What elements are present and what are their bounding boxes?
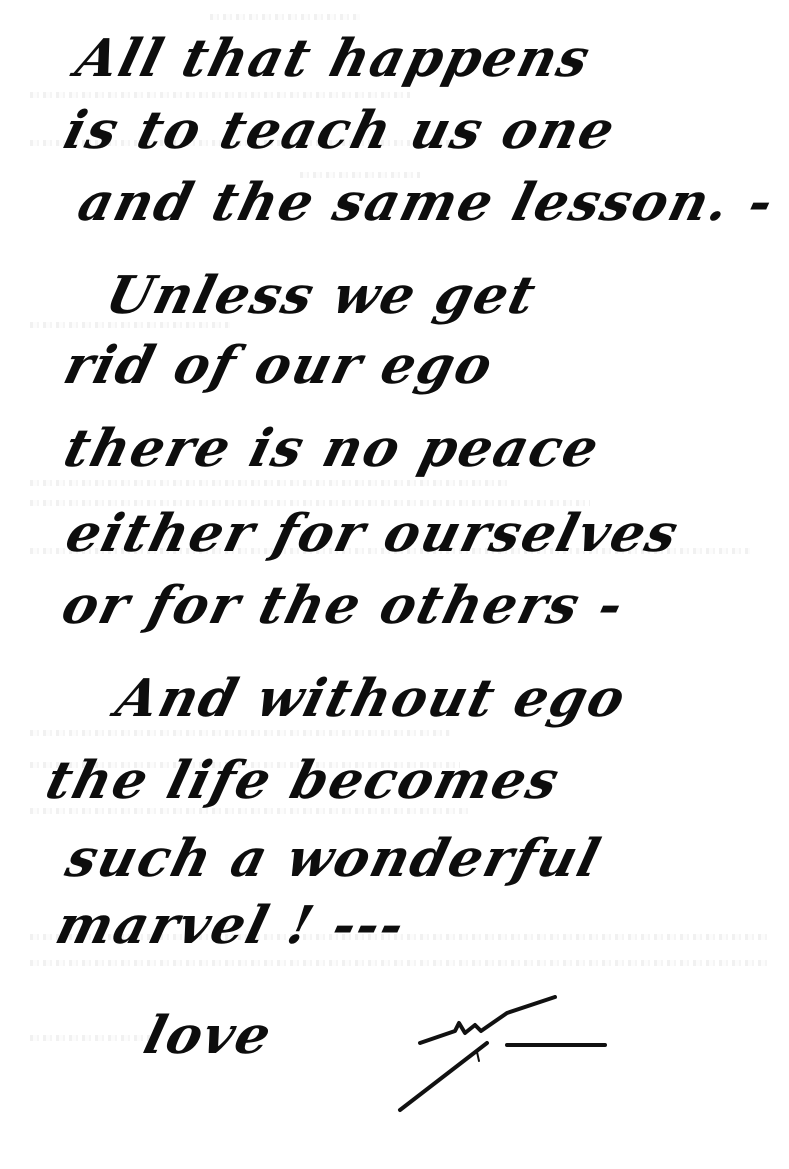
letter-line-1: All that happens — [70, 28, 597, 89]
letter-line-10: the life becomes — [40, 750, 566, 811]
letter-line-5: rid of our ego — [58, 335, 500, 396]
letter-line-3: and the same lesson. - — [72, 172, 781, 233]
signature-mark-icon — [395, 995, 625, 1115]
letter-line-7: either for ourselves — [60, 503, 686, 564]
handwritten-letter-page: All that happens is to teach us one and … — [0, 0, 789, 1169]
signature — [395, 995, 625, 1115]
letter-line-9: And without ego — [110, 668, 633, 729]
bleed-through-text — [30, 480, 510, 486]
letter-line-12: marvel ! --- — [50, 895, 412, 956]
letter-line-2: is to teach us one — [58, 100, 622, 161]
letter-line-11: such a wonderful — [60, 828, 608, 889]
bleed-through-text — [30, 730, 450, 736]
letter-line-8: or for the others - — [56, 575, 631, 636]
bleed-through-text — [210, 14, 360, 20]
bleed-through-text — [30, 960, 770, 966]
letter-line-6: there is no peace — [58, 418, 606, 479]
letter-closing: love — [138, 1005, 279, 1066]
bleed-through-text — [30, 1035, 150, 1041]
letter-line-4: Unless we get — [100, 265, 543, 326]
bleed-through-text — [30, 92, 410, 98]
